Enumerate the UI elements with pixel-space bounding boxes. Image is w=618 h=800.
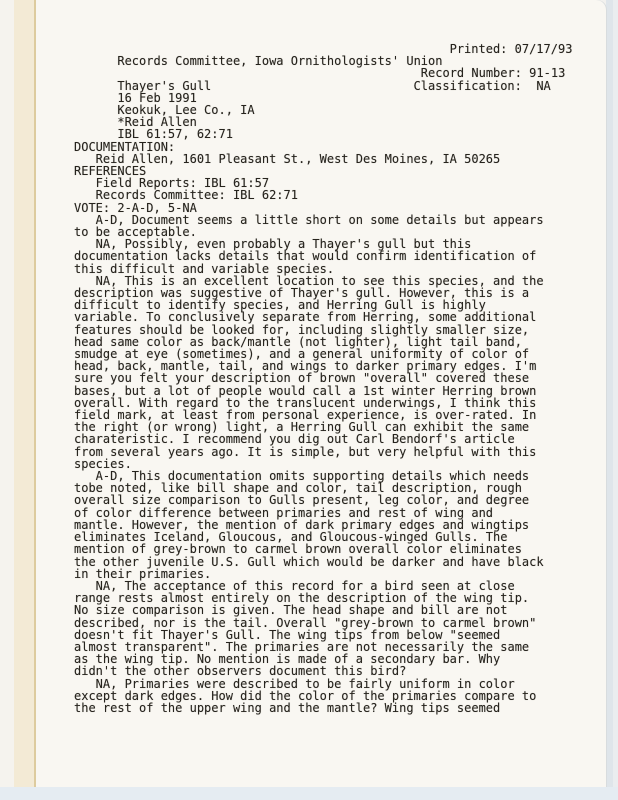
printed-date: Printed: 07/17/93 (450, 43, 573, 55)
header-row-observer: *Reid Allen (74, 104, 606, 116)
scanned-document: Records Committee, Iowa Ornithologists' … (0, 0, 618, 800)
underlying-page-edge (14, 0, 36, 800)
header-row-location: Keokuk, Lee Co., IA (74, 92, 606, 104)
classification: Classification: NA (414, 80, 551, 92)
scan-bottom-margin (0, 787, 618, 800)
document-header: Records Committee, Iowa Ornithologists' … (74, 43, 606, 128)
record-number: Record Number: 91-13 (421, 67, 566, 79)
scan-right-edge (613, 0, 618, 800)
organization-title: Records Committee, Iowa Ornithologists' … (117, 54, 442, 68)
header-row-ibl: IBL 61:57, 62:71 (74, 116, 606, 128)
header-row-species: Thayer's Gull Record Number: 91-13 (74, 67, 606, 79)
document-body-text: DOCUMENTATION: Reid Allen, 1601 Pleasant… (74, 141, 544, 715)
header-row-date: 16 Feb 1991 Classification: NA (74, 80, 606, 92)
scan-left-margin (0, 0, 14, 800)
header-row-org: Records Committee, Iowa Ornithologists' … (74, 43, 606, 55)
